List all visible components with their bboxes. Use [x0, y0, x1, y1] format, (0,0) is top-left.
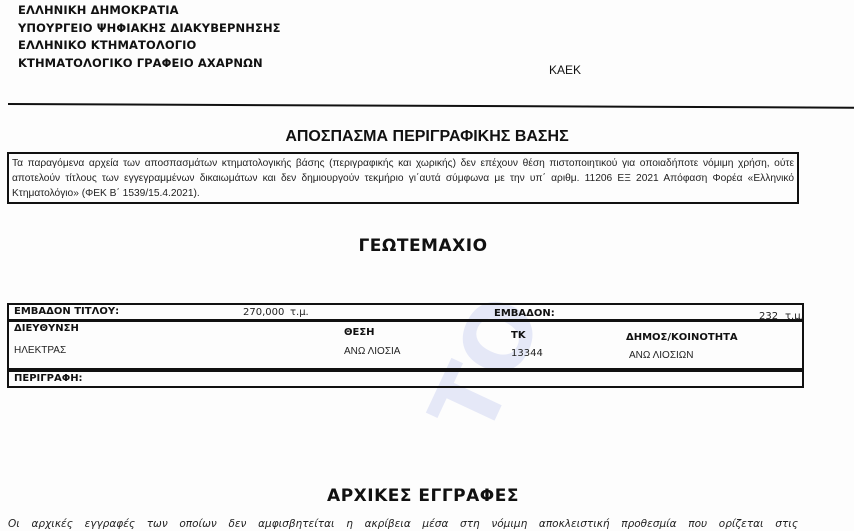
header-line: ΥΠΟΥΡΓΕΙΟ ΨΗΦΙΑΚΗΣ ΔΙΑΚΥΒΕΡΝΗΣΗΣ	[18, 20, 281, 38]
municipality-label: ΔΗΜΟΣ/ΚΟΙΝΟΤΗΤΑ	[626, 332, 738, 343]
area-row: ΕΜΒΑΔΟΝ ΤΙΤΛΟΥ: 270,000 τ.μ. ΕΜΒΑΔΟΝ: 23…	[7, 303, 804, 321]
header-divider	[8, 103, 854, 109]
header-line: ΕΛΛΗΝΙΚΗ ΔΗΜΟΚΡΑΤΙΑ	[18, 2, 281, 20]
title-area-unit: τ.μ.	[290, 307, 309, 318]
postcode-value: 13344	[511, 348, 543, 359]
initial-records-title: ΑΡΧΙΚΕΣ ΕΓΓΡΑΦΕΣ	[0, 486, 846, 506]
address-label: ΔΙΕΥΘΥΝΣΗ	[14, 323, 79, 334]
kaek-label: ΚΑΕΚ	[549, 63, 581, 77]
area-label: ΕΜΒΑΔΟΝ:	[494, 308, 555, 319]
title-area-value: 270,000	[243, 307, 284, 318]
address-value: ΗΛΕΚΤΡΑΣ	[14, 345, 66, 356]
issuing-authority-header: ΕΛΛΗΝΙΚΗ ΔΗΜΟΚΡΑΤΙΑ ΥΠΟΥΡΓΕΙΟ ΨΗΦΙΑΚΗΣ Δ…	[18, 2, 281, 72]
header-line: ΚΤΗΜΑΤΟΛΟΓΙΚΟ ΓΡΑΦΕΙΟ ΑΧΑΡΝΩΝ	[18, 55, 281, 73]
municipality-value: ΑΝΩ ΛΙΟΣΙΩΝ	[629, 350, 694, 361]
description-label: ΠΕΡΙΓΡΑΦΗ:	[14, 373, 83, 384]
title-area-label: ΕΜΒΑΔΟΝ ΤΙΤΛΟΥ:	[14, 306, 119, 317]
disclaimer-box: Τα παραγόμενα αρχεία των αποσπασμάτων κτ…	[7, 152, 799, 204]
location-label: ΘΕΣΗ	[344, 327, 375, 338]
location-value: ΑΝΩ ΛΙΟΣΙΑ	[344, 346, 400, 357]
description-row: ΠΕΡΙΓΡΑΦΗ:	[7, 370, 804, 388]
parcel-section-title: ΓΕΩΤΕΜΑΧΙΟ	[0, 236, 846, 256]
document-title: ΑΠΟΣΠΑΣΜΑ ΠΕΡΙΓΡΑΦΙΚΗΣ ΒΑΣΗΣ	[0, 128, 854, 146]
address-row: ΔΙΕΥΘΥΝΣΗ ΗΛΕΚΤΡΑΣ ΘΕΣΗ ΑΝΩ ΛΙΟΣΙΑ ΤΚ 13…	[7, 320, 804, 370]
postcode-label: ΤΚ	[511, 330, 526, 341]
initial-records-intro: Οι αρχικές εγγραφές των οποίων δεν αμφισ…	[8, 518, 798, 530]
header-line: ΕΛΛΗΝΙΚΟ ΚΤΗΜΑΤΟΛΟΓΙΟ	[18, 37, 281, 55]
